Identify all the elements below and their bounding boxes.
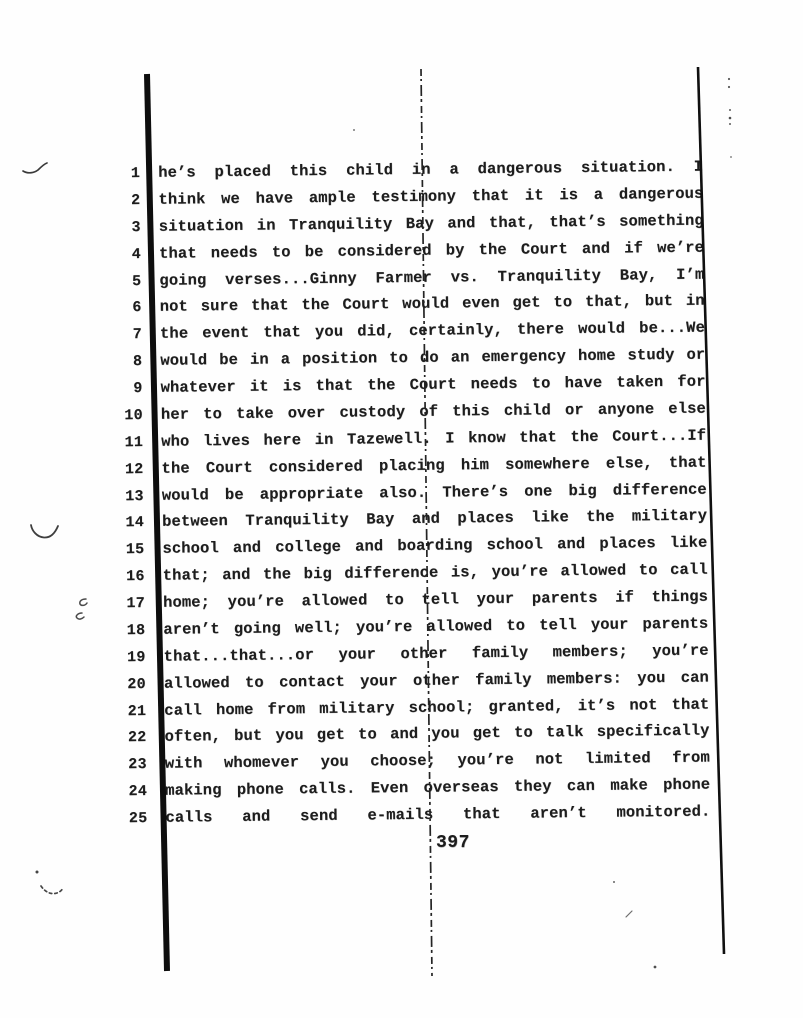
line-number: 14 xyxy=(4,510,144,538)
line-number: 3 xyxy=(1,215,141,243)
transcript-body: 1he’s placed this child in a dangerous s… xyxy=(0,153,728,833)
line-number: 17 xyxy=(5,591,145,619)
speckle-icon xyxy=(728,86,730,88)
line-number: 6 xyxy=(2,295,142,323)
line-number: 18 xyxy=(5,618,145,646)
line-number: 22 xyxy=(6,725,146,753)
line-number: 4 xyxy=(1,242,141,270)
line-number: 20 xyxy=(6,672,146,700)
line-number: 12 xyxy=(3,457,143,485)
speckle-icon xyxy=(353,129,355,131)
speckle-icon xyxy=(654,966,657,969)
line-number: 9 xyxy=(2,376,142,404)
speckle-icon xyxy=(729,117,732,120)
line-number: 10 xyxy=(3,403,143,431)
speckle-icon xyxy=(729,123,731,125)
line-number: 24 xyxy=(7,779,147,807)
speckle-tick-icon xyxy=(626,911,632,917)
line-number: 21 xyxy=(6,698,146,726)
line-number: 7 xyxy=(2,322,142,350)
speckle-icon xyxy=(730,156,732,158)
line-number: 23 xyxy=(7,752,147,780)
line-number: 19 xyxy=(6,645,146,673)
line-number: 16 xyxy=(5,564,145,592)
speckle-icon xyxy=(613,881,615,883)
line-number: 25 xyxy=(7,806,147,834)
line-number: 2 xyxy=(0,188,140,216)
line-number: 8 xyxy=(2,349,142,377)
speckle-icon xyxy=(728,78,730,80)
transcript-page: 1he’s placed this child in a dangerous s… xyxy=(0,0,803,1018)
line-number: 13 xyxy=(4,483,144,511)
page-number: 397 xyxy=(436,833,470,853)
speckle-icon xyxy=(729,109,731,111)
line-number: 15 xyxy=(4,537,144,565)
line-text: calls and send e-mails that aren’t monit… xyxy=(165,799,710,832)
line-number: 5 xyxy=(1,268,141,296)
pen-arc-bottom-left-icon xyxy=(41,886,63,894)
line-number: 11 xyxy=(3,430,143,458)
line-number: 1 xyxy=(0,161,140,189)
pen-dot-bottom-left-icon xyxy=(36,871,39,874)
